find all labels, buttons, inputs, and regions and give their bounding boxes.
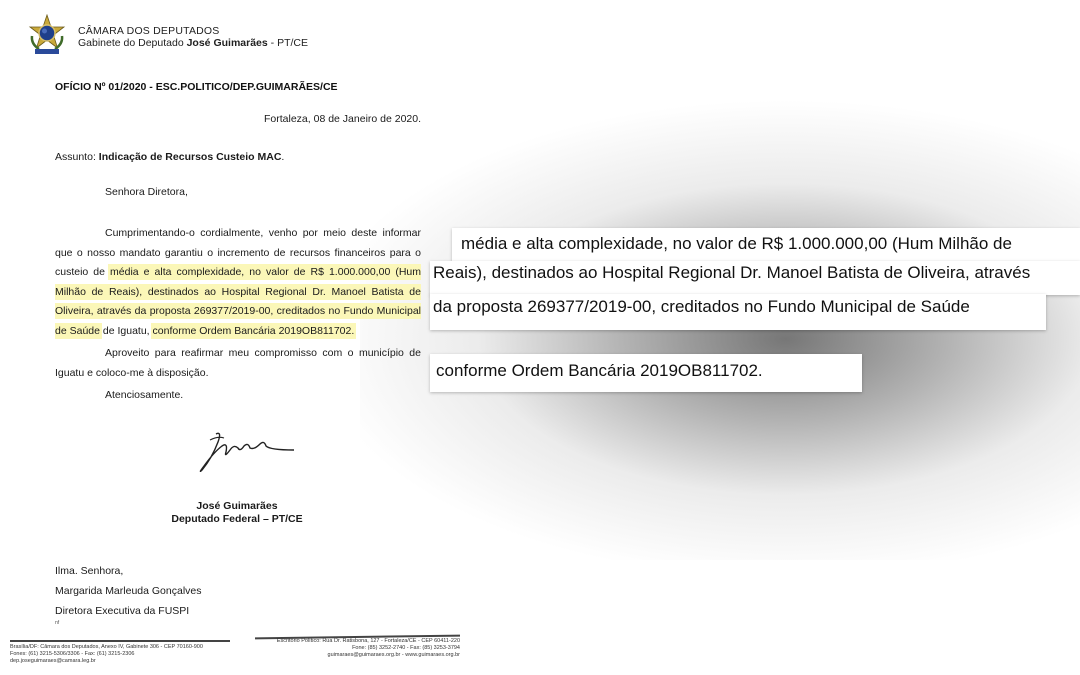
signer-block: José Guimarães Deputado Federal – PT/CE xyxy=(162,500,312,526)
recipient-block: Ilma. Senhora, Margarida Marleuda Gonçal… xyxy=(55,561,202,621)
oficio-number: OFÍCIO Nº 01/2020 - ESC.POLITICO/DEP.GUI… xyxy=(55,81,338,93)
body-paragraph-2: Aproveito para reafirmar meu compromisso… xyxy=(55,344,421,383)
footer-divider xyxy=(10,640,230,642)
highlighted-text: conforme Ordem Bancária 2019OB811702. xyxy=(153,325,355,337)
letter-date: Fortaleza, 08 de Janeiro de 2020. xyxy=(264,113,421,125)
official-letter: CÂMARA DOS DEPUTADOS Gabinete do Deputad… xyxy=(0,0,470,675)
typist-initials: nf xyxy=(55,620,59,626)
zoom-callout-line-4: conforme Ordem Bancária 2019OB811702. xyxy=(430,354,862,392)
closing: Atenciosamente. xyxy=(105,389,183,401)
zoom-callout-line-2: Reais), destinados ao Hospital Regional … xyxy=(430,261,1080,295)
letterhead-office: Gabinete do Deputado José Guimarães - PT… xyxy=(78,37,308,49)
footer-fortaleza-address: Escritório Político: Rua Dr. Ratisbona, … xyxy=(260,638,460,659)
zoom-callout-line-3: da proposta 269377/2019-00, creditados n… xyxy=(430,294,1046,330)
footer-brasilia-address: Brasília/DF: Câmara dos Deputados, Anexo… xyxy=(10,644,203,665)
salutation: Senhora Diretora, xyxy=(105,186,188,198)
zoom-callout-line-1: média e alta complexidade, no valor de R… xyxy=(452,228,1080,262)
signature-icon xyxy=(188,428,298,476)
brazil-coat-of-arms-icon xyxy=(27,14,67,56)
letterhead-org: CÂMARA DOS DEPUTADOS xyxy=(78,25,308,37)
subject-line: Assunto: Indicação de Recursos Custeio M… xyxy=(55,151,284,163)
signer-title: Deputado Federal – PT/CE xyxy=(162,513,312,526)
signer-name: José Guimarães xyxy=(162,500,312,513)
letterhead: CÂMARA DOS DEPUTADOS Gabinete do Deputad… xyxy=(78,25,308,49)
body-paragraph-1: Cumprimentando-o cordialmente, venho por… xyxy=(55,224,421,341)
